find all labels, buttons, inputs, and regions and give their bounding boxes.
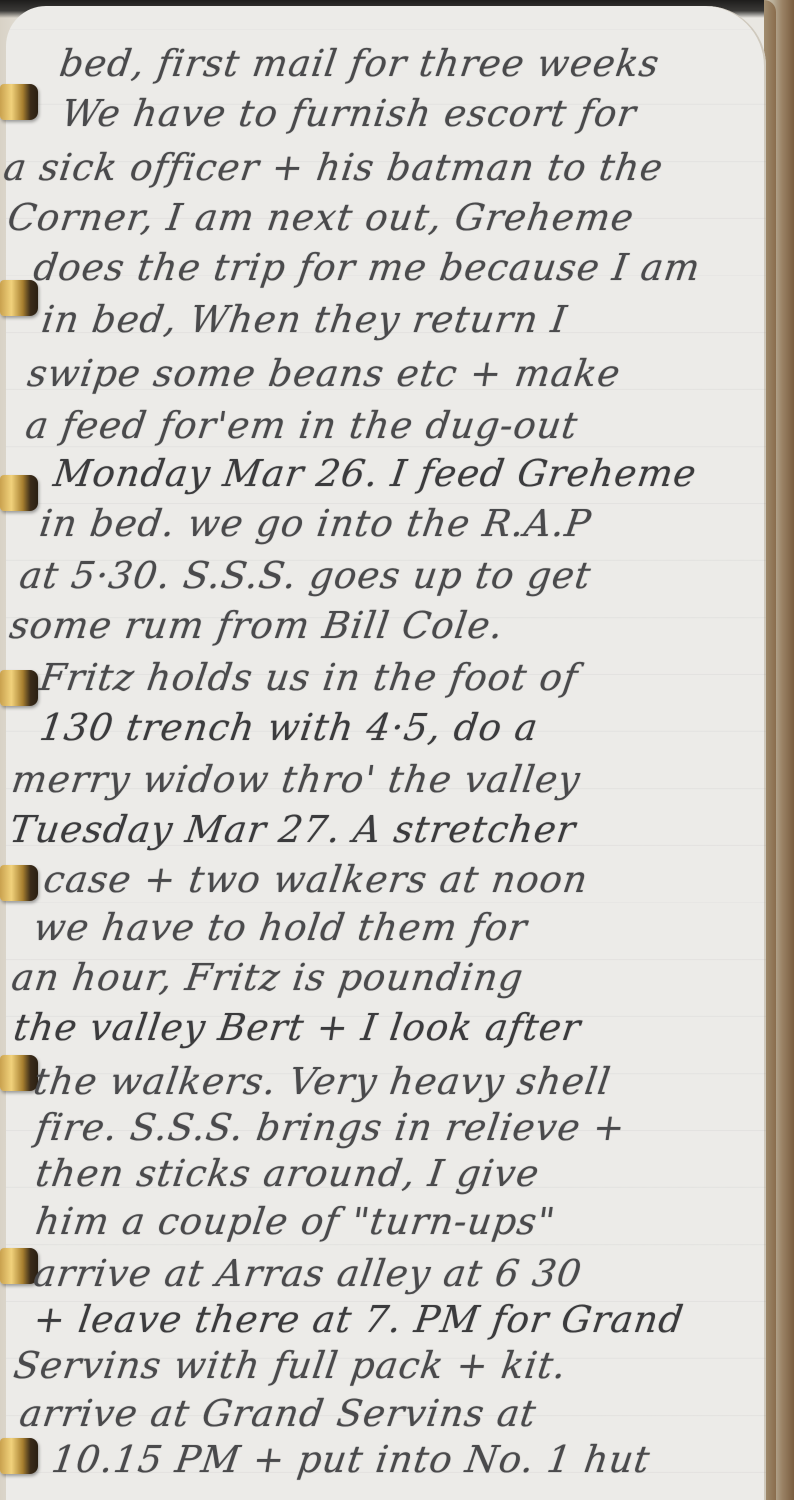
- text-line: in bed, When they return I: [39, 298, 570, 341]
- text-line: a feed for'em in the dug-out: [23, 404, 581, 447]
- text-line: we have to hold them for: [31, 906, 530, 949]
- binder-ring-icon: [0, 670, 38, 706]
- binder-ring-icon: [0, 475, 38, 511]
- text-line: an hour, Fritz is pounding: [9, 956, 526, 999]
- text-line: + leave there at 7. PM for Grand: [31, 1298, 687, 1341]
- text-line: fire. S.S.S. brings in relieve +: [33, 1106, 628, 1149]
- notebook-photo: bed, first mail for three weeks We have …: [0, 0, 794, 1500]
- text-line: in bed. we go into the R.A.P: [37, 502, 594, 545]
- text-line: the valley Bert + I look after: [11, 1006, 584, 1049]
- text-line: a sick officer + his batman to the: [1, 146, 666, 189]
- text-line: swipe some beans etc + make: [25, 352, 624, 395]
- text-line: Servins with full pack + kit.: [11, 1344, 570, 1387]
- text-line: does the trip for me because I am: [31, 246, 703, 289]
- text-line: Corner, I am next out, Greheme: [5, 196, 637, 239]
- text-line: arrive at Arras alley at 6 30: [31, 1252, 585, 1295]
- text-line: Fritz holds us in the foot of: [37, 656, 581, 699]
- binder-ring-icon: [0, 1438, 38, 1474]
- text-line: case + two walkers at noon: [41, 858, 591, 901]
- text-line: bed, first mail for three weeks: [57, 42, 662, 85]
- binder-ring-icon: [0, 84, 38, 120]
- text-line: arrive at Grand Servins at: [17, 1392, 539, 1435]
- text-line: 130 trench with 4·5, do a: [37, 706, 541, 749]
- text-line: at 5·30. S.S.S. goes up to get: [17, 554, 594, 597]
- text-line: the walkers. Very heavy shell: [31, 1060, 614, 1103]
- text-line: him a couple of "turn-ups": [33, 1200, 558, 1243]
- text-line: merry widow thro' the valley: [9, 758, 583, 801]
- text-line: then sticks around, I give: [33, 1152, 542, 1195]
- date-heading-tuesday: Tuesday Mar 27. A stretcher: [7, 808, 579, 851]
- text-line: 10.15 PM + put into No. 1 hut: [49, 1438, 653, 1481]
- text-line: We have to furnish escort for: [59, 92, 639, 135]
- binder-ring-icon: [0, 865, 38, 901]
- text-line: some rum from Bill Cole.: [7, 604, 506, 647]
- date-heading-monday: Monday Mar 26. I feed Greheme: [51, 452, 700, 495]
